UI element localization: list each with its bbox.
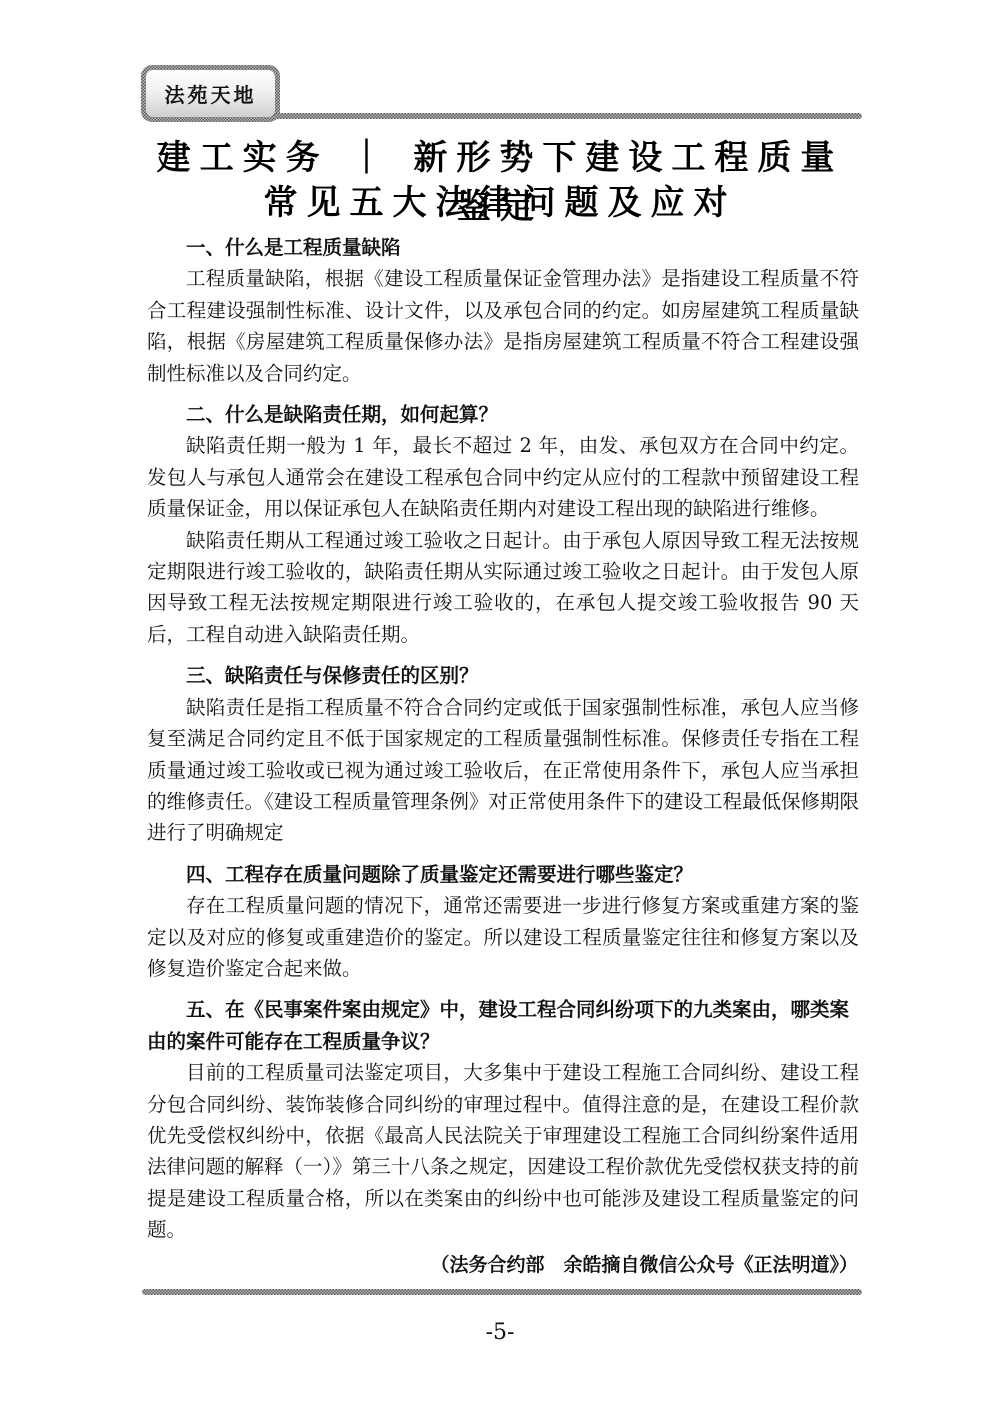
section-4: 四、工程存在质量问题除了质量鉴定还需要进行哪些鉴定？ 存在工程质量问题的情况下，…: [147, 859, 859, 985]
section-heading: 一、什么是工程质量缺陷: [147, 232, 859, 263]
article-body: 一、什么是工程质量缺陷 工程质量缺陷，根据《建设工程质量保证金管理办法》是指建设…: [147, 232, 859, 1246]
section-2: 二、什么是缺陷责任期，如何起算？ 缺陷责任期一般为 1 年，最长不超过 2 年，…: [147, 399, 859, 650]
paragraph: 缺陷责任是指工程质量不符合合同约定或低于国家强制性标准，承包人应当修复至满足合同…: [147, 692, 859, 849]
paragraph: 存在工程质量问题的情况下，通常还需要进一步进行修复方案或重建方案的鉴定以及对应的…: [147, 890, 859, 984]
paragraph: 缺陷责任期一般为 1 年，最长不超过 2 年，由发、承包双方在合同中约定。发包人…: [147, 430, 859, 524]
paragraph: 缺陷责任期从工程通过竣工验收之日起计。由于承包人原因导致工程无法按规定期限进行竣…: [147, 525, 859, 651]
header-divider: [274, 113, 862, 119]
section-3: 三、缺陷责任与保修责任的区别？ 缺陷责任是指工程质量不符合合同约定或低于国家强制…: [147, 660, 859, 848]
column-label: 法苑天地: [146, 70, 275, 117]
paragraph: 工程质量缺陷，根据《建设工程质量保证金管理办法》是指建设工程质量不符合工程建设强…: [147, 263, 859, 389]
paragraph: 目前的工程质量司法鉴定项目，大多集中于建设工程施工合同纠纷、建设工程分包合同纠纷…: [147, 1057, 859, 1245]
column-badge: 法苑天地: [141, 65, 280, 122]
section-1: 一、什么是工程质量缺陷 工程质量缺陷，根据《建设工程质量保证金管理办法》是指建设…: [147, 232, 859, 389]
section-heading: 二、什么是缺陷责任期，如何起算？: [147, 399, 859, 430]
section-heading: 五、在《民事案件案由规定》中，建设工程合同纠纷项下的九类案由，哪类案由的案件可能…: [147, 994, 859, 1057]
page-number: -5-: [0, 1320, 1000, 1345]
section-heading: 三、缺陷责任与保修责任的区别？: [147, 660, 859, 691]
source-attribution: （法务合约部 余皓摘自微信公众号《正法明道》）: [430, 1250, 858, 1277]
article-title-line2: 常见五大法律问题及应对: [140, 175, 860, 224]
footer-divider: [142, 1289, 862, 1295]
section-5: 五、在《民事案件案由规定》中，建设工程合同纠纷项下的九类案由，哪类案由的案件可能…: [147, 994, 859, 1245]
section-heading: 四、工程存在质量问题除了质量鉴定还需要进行哪些鉴定？: [147, 859, 859, 890]
